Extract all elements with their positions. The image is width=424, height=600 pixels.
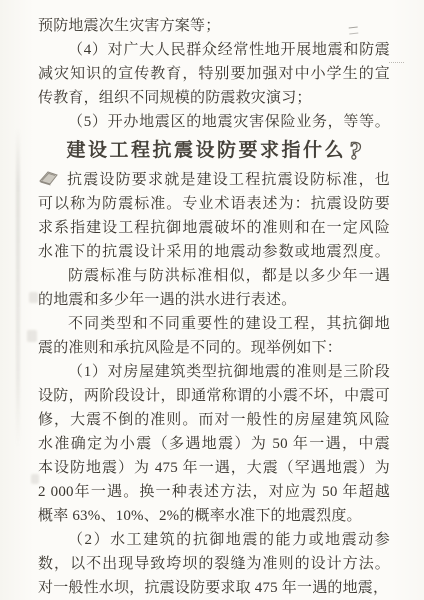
line-text: （5）开办地震区的地震灾害保险业务，等等。 bbox=[68, 114, 390, 130]
page-body: 预防地震次生灾害方案等；（4）对广大人民群众经常性地开展地震和防震减灾知识的宣传… bbox=[38, 14, 390, 600]
line-text: 的地震和多少年一遇的洪水进行表述。 bbox=[38, 292, 296, 308]
text-line: 设防，两阶段设计，即通常称谓的小震不坏，中震可 bbox=[38, 384, 390, 408]
paragraph: 不同类型和不同重要性的建设工程，其抗御地震的准则和承抗风险是不同的。现举例如下： bbox=[38, 312, 390, 360]
question-mark-ornament: ? bbox=[347, 136, 363, 167]
line-text: 对一般性水坝，抗震设防要求取 475 年一遇的地震， bbox=[38, 580, 388, 596]
line-text: 概率 63%、10%、2%的概率水准下的地震烈度。 bbox=[38, 508, 362, 524]
text-line: （1）对房屋建筑类型抗御地震的准则是三阶段 bbox=[38, 360, 390, 384]
page-edge-shadow bbox=[16, 128, 20, 448]
text-line: 传教育，组织不同规模的防震救灾演习； bbox=[38, 86, 390, 110]
line-text: 传教育，组织不同规模的防震救灾演习； bbox=[38, 90, 312, 106]
paragraph: 防震标准与防洪标准相似，都是以多少年一遇的地震和多少年一遇的洪水进行表述。 bbox=[38, 264, 390, 312]
line-text: 减灾知识的宣传教育，特别要加强对中小学生的宣 bbox=[38, 66, 390, 82]
paragraph: 预防地震次生灾害方案等；（4）对广大人民群众经常性地开展地震和防震减灾知识的宣传… bbox=[38, 14, 390, 134]
line-text: 设防，两阶段设计，即通常称谓的小震不坏，中震可 bbox=[38, 388, 390, 404]
text-line: 震的准则和承抗风险是不同的。现举例如下： bbox=[38, 336, 390, 360]
open-book-marker-icon bbox=[38, 169, 60, 186]
text-line: （2）水工建筑的抗御地震的能力或地震动参 bbox=[38, 528, 390, 552]
line-text: 不同类型和不同重要性的建设工程，其抗御地 bbox=[68, 316, 390, 332]
text-line: 2 000年一遇。换一种表述方法，对应为 50 年超越 bbox=[38, 480, 390, 504]
line-text: 数，以不出现导致垮坝的裂缝为准则的设计方法。 bbox=[38, 556, 390, 572]
text-line: 减灾知识的宣传教育，特别要加强对中小学生的宣 bbox=[38, 62, 390, 86]
text-line: 本设防地震）为 475 年一遇，大震（罕遇地震）为 bbox=[38, 456, 390, 480]
line-text: 防震标准与防洪标准相似，都是以多少年一遇 bbox=[68, 268, 390, 284]
text-line: 防震标准与防洪标准相似，都是以多少年一遇 bbox=[38, 264, 390, 288]
text-line: 修，大震不倒的准则。而对一般性的房屋建筑风险 bbox=[38, 408, 390, 432]
line-text: （1）对房屋建筑类型抗御地震的准则是三阶段 bbox=[68, 364, 390, 380]
scanned-book-page: 预防地震次生灾害方案等；（4）对广大人民群众经常性地开展地震和防震减灾知识的宣传… bbox=[0, 0, 424, 600]
line-text: 求系指建设工程抗御地震破坏的准则和在一定风险 bbox=[38, 220, 390, 236]
scan-artifact bbox=[27, 330, 37, 342]
text-line: （4）对广大人民群众经常性地开展地震和防震 bbox=[38, 38, 390, 62]
line-text: 震的准则和承抗风险是不同的。现举例如下： bbox=[38, 340, 342, 356]
text-line: 可以称为防震标准。专业术语表述为：抗震设防要 bbox=[38, 192, 390, 216]
line-text: （2）水工建筑的抗御地震的能力或地震动参 bbox=[68, 532, 390, 548]
line-text: 抗震设防要求就是建设工程抗震设防标准，也 bbox=[66, 172, 390, 188]
line-text: 修，大震不倒的准则。而对一般性的房屋建筑风险 bbox=[38, 412, 390, 428]
scan-artifact bbox=[389, 62, 404, 63]
paragraph: （2）水工建筑的抗御地震的能力或地震动参数，以不出现导致垮坝的裂缝为准则的设计方… bbox=[38, 528, 390, 600]
section-heading-text: 建设工程抗震设防要求指什么 bbox=[66, 140, 346, 161]
text-line: 概率 63%、10%、2%的概率水准下的地震烈度。 bbox=[38, 504, 390, 528]
paragraph: 抗震设防要求就是建设工程抗震设防标准，也可以称为防震标准。专业术语表述为：抗震设… bbox=[38, 168, 390, 264]
text-line: 对一般性水坝，抗震设防要求取 475 年一遇的地震， bbox=[38, 576, 390, 600]
line-text: 水准确定为小震（多遇地震）为 50 年一遇，中震（基 bbox=[38, 436, 390, 456]
text-line: 的地震和多少年一遇的洪水进行表述。 bbox=[38, 288, 390, 312]
line-text: 预防地震次生灾害方案等； bbox=[38, 18, 220, 34]
line-text: （4）对广大人民群众经常性地开展地震和防震 bbox=[68, 42, 390, 58]
text-line: 预防地震次生灾害方案等； bbox=[38, 14, 390, 38]
text-line: 抗震设防要求就是建设工程抗震设防标准，也 bbox=[38, 168, 390, 192]
line-text: 2 000年一遇。换一种表述方法，对应为 50 年超越 bbox=[38, 484, 390, 500]
line-text: 本设防地震）为 475 年一遇，大震（罕遇地震）为 bbox=[38, 460, 390, 476]
section-heading: 建设工程抗震设防要求指什么? bbox=[38, 136, 390, 166]
text-line: 数，以不出现导致垮坝的裂缝为准则的设计方法。 bbox=[38, 552, 390, 576]
text-line: 水准下的抗震设计采用的地震动参数或地震烈度。 bbox=[38, 240, 390, 264]
line-text: 水准下的抗震设计采用的地震动参数或地震烈度。 bbox=[38, 244, 390, 260]
text-line: 求系指建设工程抗御地震破坏的准则和在一定风险 bbox=[38, 216, 390, 240]
text-line: 水准确定为小震（多遇地震）为 50 年一遇，中震（基 bbox=[38, 432, 390, 456]
paragraph: （1）对房屋建筑类型抗御地震的准则是三阶段设防，两阶段设计，即通常称谓的小震不坏… bbox=[38, 360, 390, 528]
text-line: 不同类型和不同重要性的建设工程，其抗御地 bbox=[38, 312, 390, 336]
scan-artifact bbox=[29, 292, 38, 303]
text-line: （5）开办地震区的地震灾害保险业务，等等。 bbox=[38, 110, 390, 134]
line-text: 可以称为防震标准。专业术语表述为：抗震设防要 bbox=[38, 196, 390, 212]
